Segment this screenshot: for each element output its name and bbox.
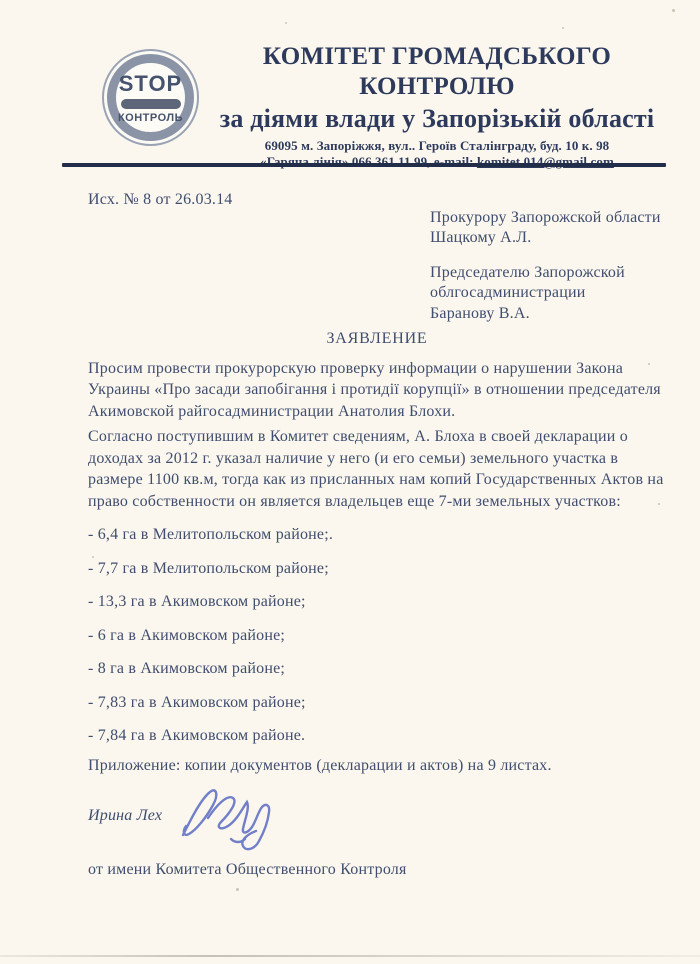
scan-speck xyxy=(128,199,130,201)
recipient-line: Председателю Запорожской xyxy=(430,263,666,284)
org-title-line2: КОНТРОЛЮ xyxy=(203,72,671,102)
letterhead: КОМІТЕТ ГРОМАДСЬКОГО КОНТРОЛЮ за діями в… xyxy=(203,42,671,170)
stamp-control-text: КОНТРОЛЬ xyxy=(118,112,183,124)
scan-speck xyxy=(236,888,239,891)
stop-control-stamp: STOP КОНТРОЛЬ xyxy=(102,49,199,146)
recipient-governor: Председателю Запорожской облгосадминистр… xyxy=(430,263,666,325)
scan-speck xyxy=(648,363,650,365)
recipient-line: облгосадминистрации xyxy=(430,283,666,304)
stamp-ring: STOP КОНТРОЛЬ xyxy=(107,54,194,141)
scan-page-edge xyxy=(0,955,700,957)
scan-speck xyxy=(658,503,660,505)
signer-organization: от имени Комитета Общественного Контроля xyxy=(88,860,666,881)
land-plot-item: - 7,7 га в Мелитопольском районе; xyxy=(88,559,666,580)
recipients-block: Прокурору Запорожской области Шацкому А.… xyxy=(430,208,666,325)
scan-speck xyxy=(672,9,675,12)
stamp-stop-text: STOP xyxy=(119,73,183,95)
header-divider xyxy=(62,163,666,167)
scanned-letter-page: STOP КОНТРОЛЬ КОМІТЕТ ГРОМАДСЬКОГО КОНТР… xyxy=(0,0,700,964)
org-address: 69095 м. Запоріжжя, вул.. Героїв Сталінг… xyxy=(203,138,671,154)
land-plot-item: - 6 га в Акимовском районе; xyxy=(88,626,666,647)
land-plot-item: - 6,4 га в Мелитопольском районе;. xyxy=(88,525,666,546)
org-contact-line: «Гаряча лінія» 066 361 11 99, e-mail: ko… xyxy=(203,154,671,170)
recipient-line: Шацкому А.Л. xyxy=(430,228,666,249)
recipient-prosecutor: Прокурору Запорожской области Шацкому А.… xyxy=(430,208,666,249)
land-plot-list: - 6,4 га в Мелитопольском районе;. - 7,7… xyxy=(88,525,666,747)
document-title: ЗАЯВЛЕНИЕ xyxy=(88,329,666,350)
stamp-bar xyxy=(121,99,181,109)
scan-speck xyxy=(562,27,564,29)
org-title-line1: КОМІТЕТ ГРОМАДСЬКОГО xyxy=(203,42,671,72)
recipient-line: Баранову В.А. xyxy=(430,304,666,325)
land-plot-item: - 7,84 га в Акимовском районе. xyxy=(88,726,666,747)
land-plot-item: - 13,3 га в Акимовском районе; xyxy=(88,592,666,613)
org-subtitle: за діями влади у Запорізькій області xyxy=(203,104,671,134)
land-plot-item: - 7,83 га в Акимовском районе; xyxy=(88,693,666,714)
scan-speck xyxy=(92,556,94,558)
land-plot-item: - 8 га в Акимовском районе; xyxy=(88,659,666,680)
paragraph-details: Согласно поступившим в Комитет сведениям… xyxy=(88,426,666,512)
handwritten-signature-icon xyxy=(175,773,310,858)
paragraph-request: Просим провести прокурорскую проверку ин… xyxy=(88,358,666,423)
scan-speck xyxy=(285,22,287,24)
recipient-line: Прокурору Запорожской области xyxy=(430,208,666,229)
